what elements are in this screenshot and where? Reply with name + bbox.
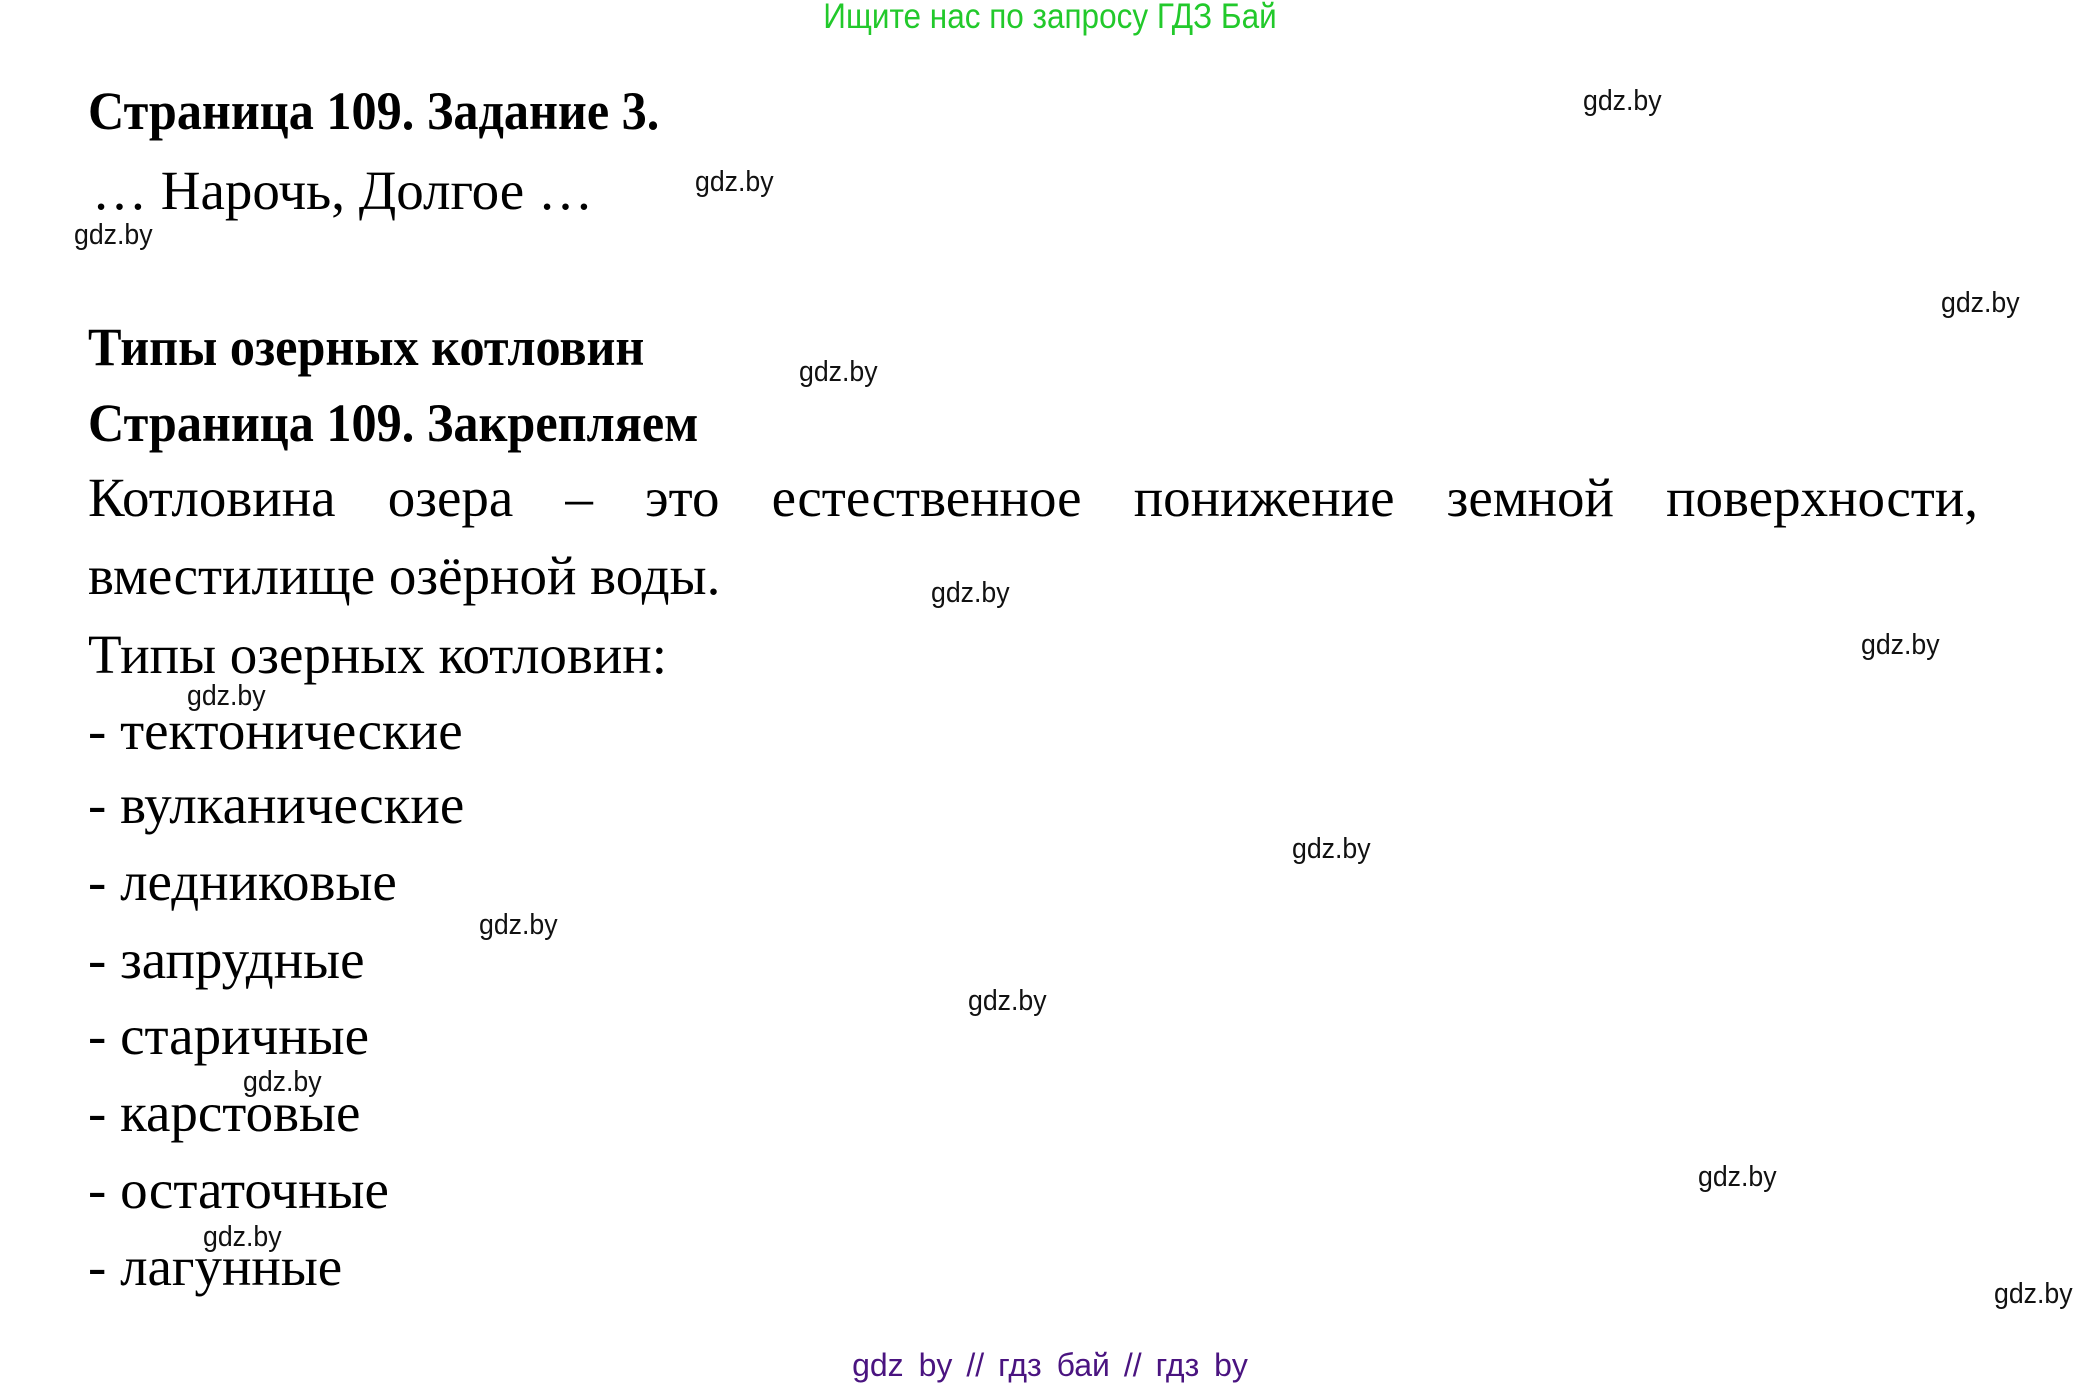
- watermark: gdz.by: [1698, 1162, 1777, 1192]
- list-item: - запрудные: [88, 932, 365, 987]
- list-item: - старичные: [88, 1008, 369, 1063]
- watermark: gdz.by: [1583, 86, 1662, 116]
- definition-line-2: вместилище озёрной воды.: [88, 548, 720, 603]
- footer-link-gdz-by[interactable]: gdz by: [852, 1347, 952, 1383]
- watermark: gdz.by: [74, 220, 153, 250]
- list-item: - тектонические: [88, 703, 463, 758]
- search-hint-banner[interactable]: Ищите нас по запросу ГДЗ Бай: [105, 0, 1995, 36]
- list-item: - ледниковые: [88, 854, 397, 909]
- footer-links: gdz by//гдз бай//гдз by: [0, 1348, 2100, 1382]
- watermark: gdz.by: [243, 1067, 322, 1097]
- definition-line-1: Котловина озера – это естественное пониж…: [88, 470, 1978, 525]
- watermark: gdz.by: [968, 986, 1047, 1016]
- watermark: gdz.by: [1861, 630, 1940, 660]
- list-item: - остаточные: [88, 1162, 389, 1217]
- watermark: gdz.by: [799, 357, 878, 387]
- watermark: gdz.by: [187, 681, 266, 711]
- watermark: gdz.by: [695, 167, 774, 197]
- watermark: gdz.by: [203, 1222, 282, 1252]
- task-answer: … Нарочь, Долгое …: [92, 163, 593, 218]
- watermark: gdz.by: [1292, 834, 1371, 864]
- footer-separator: //: [1110, 1347, 1156, 1383]
- watermark: gdz.by: [931, 578, 1010, 608]
- task-heading: Страница 109. Задание 3.: [88, 84, 659, 138]
- watermark: gdz.by: [1994, 1279, 2073, 1309]
- watermark: gdz.by: [1941, 288, 2020, 318]
- section-title: Типы озерных котловин: [88, 320, 644, 374]
- footer-separator: //: [952, 1347, 998, 1383]
- consolidate-heading: Страница 109. Закрепляем: [88, 396, 698, 450]
- list-item: - вулканические: [88, 777, 464, 832]
- watermark: gdz.by: [479, 910, 558, 940]
- types-intro: Типы озерных котловин:: [88, 627, 667, 682]
- footer-link-gdz-bai[interactable]: гдз бай: [998, 1347, 1110, 1383]
- footer-link-gdz-by-cyr[interactable]: гдз by: [1156, 1347, 1248, 1383]
